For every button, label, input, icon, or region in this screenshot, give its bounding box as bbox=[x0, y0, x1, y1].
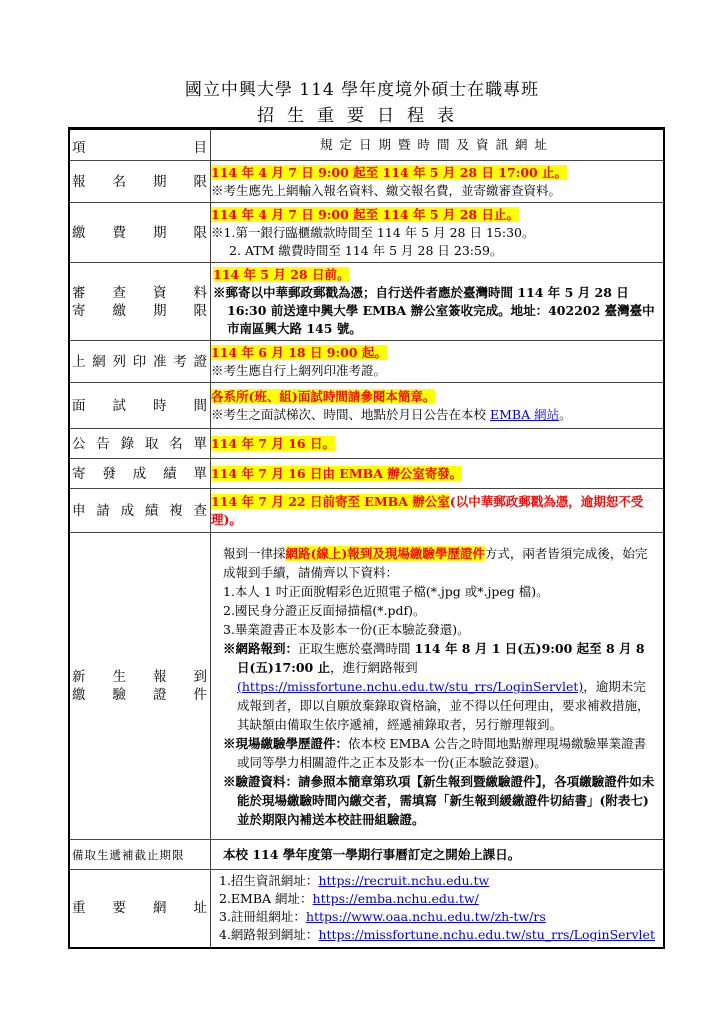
emba-link[interactable]: https://emba.nchu.edu.tw/ bbox=[313, 891, 479, 906]
row-label: 公告錄取名單 bbox=[70, 435, 210, 453]
row-label: 審查資料 寄繳期限 bbox=[70, 284, 210, 320]
table-row-admission-list: 公告錄取名單 114 年 7 月 16 日。 bbox=[69, 429, 664, 459]
table-row-admission-ticket: 上網列印准考證 114 年 6 月 18 日 9:00 起。 ※考生應自行上網列… bbox=[69, 341, 664, 383]
link-item: 4.網路報到網址：https://missfortune.nchu.edu.tw… bbox=[219, 926, 663, 944]
header-item-cell: 項目 bbox=[69, 129, 211, 161]
online-registration-url-link[interactable]: https://missfortune.nchu.edu.tw/stu_rrs/… bbox=[318, 927, 655, 942]
link-item: 3.註冊組網址：https://www.oaa.nchu.edu.tw/zh-t… bbox=[219, 908, 663, 926]
note: ※1.第一銀行臨櫃繳款時間至 114 年 5 月 28 日 15:30。 bbox=[211, 224, 663, 242]
table-row-registration: 報名期限 114 年 4 月 7 日 9:00 起至 114 年 5 月 28 … bbox=[69, 161, 664, 203]
onsite-verification-note: ※現場繳驗學歷證件：依本校 EMBA 公告之時間地點辦理現場繳驗畢業證書或同等學… bbox=[223, 734, 655, 772]
row-label: 新生報到 繳驗證件 bbox=[70, 668, 210, 704]
table-row-review-docs: 審查資料 寄繳期限 114 年 5 月 28 日前。 ※郵寄以中華郵政郵戳為憑；… bbox=[69, 263, 664, 341]
note: ※考生應先上網輸入報名資料、繳交報名費，並寄繳審查資料。 bbox=[211, 182, 663, 200]
row-label: 繳費期限 bbox=[70, 224, 210, 242]
enrollment-intro: 報到一律採網路(線上)報到及現場繳驗學歷證件方式，兩者皆須完成後，始完成報到手續… bbox=[223, 544, 655, 582]
date-highlight: 114 年 7 月 16 日。 bbox=[211, 436, 335, 451]
document-subtitle: 招生重要日程表 bbox=[0, 101, 724, 126]
verification-docs-note: ※驗證資料：請參照本簡章第玖項【新生報到暨繳驗證件】，各項繳驗證件如未能於現場繳… bbox=[223, 772, 655, 829]
online-registration-link[interactable]: (https://missfortune.nchu.edu.tw/stu_rrs… bbox=[237, 679, 583, 694]
emba-website-link[interactable]: EMBA 網站 bbox=[490, 407, 559, 422]
table-row-enrollment: 新生報到 繳驗證件 報到一律採網路(線上)報到及現場繳驗學歷證件方式，兩者皆須完… bbox=[69, 533, 664, 840]
table-row-score-recheck: 申請成績複查 114 年 7 月 22 日前寄至 EMBA 辦公室(以中華郵政郵… bbox=[69, 489, 664, 533]
table-header-row: 項目 規定日期暨時間及資訊網址 bbox=[69, 129, 664, 161]
link-item: 1.招生資訊網址：https://recruit.nchu.edu.tw bbox=[219, 872, 663, 890]
required-item: 2.國民身分證正反面掃描檔(*.pdf)。 bbox=[223, 601, 655, 620]
required-item: 1.本人 1 吋正面脫帽彩色近照電子檔(*.jpg 或*.jpeg 檔)。 bbox=[223, 582, 655, 601]
date-highlight: 114 年 7 月 22 日前寄至 EMBA 辦公室 bbox=[211, 494, 450, 509]
row-label: 備取生遞補截止期限 bbox=[70, 846, 210, 864]
table-row-waitlist-deadline: 備取生遞補截止期限 本校 114 學年度第一學期行事曆訂定之開始上課日。 bbox=[69, 840, 664, 870]
row-label: 寄發成績單 bbox=[70, 465, 210, 483]
registrar-link[interactable]: https://www.oaa.nchu.edu.tw/zh-tw/rs bbox=[306, 909, 546, 924]
date-highlight: 114 年 4 月 7 日 9:00 起至 114 年 5 月 28 日止。 bbox=[211, 207, 519, 222]
row-label: 上網列印准考證 bbox=[70, 353, 210, 371]
link-item: 2.EMBA 網址：https://emba.nchu.edu.tw/ bbox=[219, 890, 663, 908]
row-label: 重要網址 bbox=[70, 899, 210, 917]
date-highlight: 114 年 4 月 7 日 9:00 起至 114 年 5 月 28 日 17:… bbox=[211, 165, 567, 180]
document-title: 國立中興大學 114 學年度境外碩士在職專班 bbox=[0, 75, 724, 100]
table-row-interview: 面試時間 各系所(班、組)面試時間請參閱本簡章。 ※考生之面試梯次、時間、地點於… bbox=[69, 383, 664, 429]
date-highlight: 114 年 7 月 16 日由 EMBA 辦公室寄發。 bbox=[211, 466, 462, 481]
date-highlight: 各系所(班、組)面試時間請參閱本簡章。 bbox=[211, 389, 435, 404]
date-highlight: 114 年 5 月 28 日前。 bbox=[213, 267, 349, 282]
online-registration-note: ※網路報到：正取生應於臺灣時間 114 年 8 月 1 日(五)9:00 起至 … bbox=[223, 639, 655, 734]
table-row-important-links: 重要網址 1.招生資訊網址：https://recruit.nchu.edu.t… bbox=[69, 870, 664, 948]
recruit-link[interactable]: https://recruit.nchu.edu.tw bbox=[318, 873, 489, 888]
note: ※考生之面試梯次、時間、地點於月日公告在本校 EMBA 網站。 bbox=[211, 406, 663, 424]
header-info-cell: 規定日期暨時間及資訊網址 bbox=[211, 129, 665, 161]
required-item: 3.畢業證書正本及影本一份(正本驗訖發還)。 bbox=[223, 620, 655, 639]
table-row-score-report: 寄發成績單 114 年 7 月 16 日由 EMBA 辦公室寄發。 bbox=[69, 459, 664, 489]
row-label: 申請成績複查 bbox=[70, 502, 210, 520]
row-label: 面試時間 bbox=[70, 397, 210, 415]
note: ※考生應自行上網列印准考證。 bbox=[211, 362, 663, 380]
note: ※郵寄以中華郵政郵戳為憑；自行送件者應於臺灣時間 114 年 5 月 28 日 … bbox=[213, 284, 663, 338]
note: 2. ATM 繳費時間至 114 年 5 月 28 日 23:59。 bbox=[211, 242, 663, 260]
row-label: 報名期限 bbox=[70, 173, 210, 191]
table-row-payment: 繳費期限 114 年 4 月 7 日 9:00 起至 114 年 5 月 28 … bbox=[69, 203, 664, 263]
schedule-table: 項目 規定日期暨時間及資訊網址 報名期限 114 年 4 月 7 日 9:00 … bbox=[68, 127, 665, 949]
date-highlight: 114 年 6 月 18 日 9:00 起。 bbox=[211, 345, 387, 360]
waitlist-deadline-text: 本校 114 學年度第一學期行事曆訂定之開始上課日。 bbox=[211, 840, 665, 870]
